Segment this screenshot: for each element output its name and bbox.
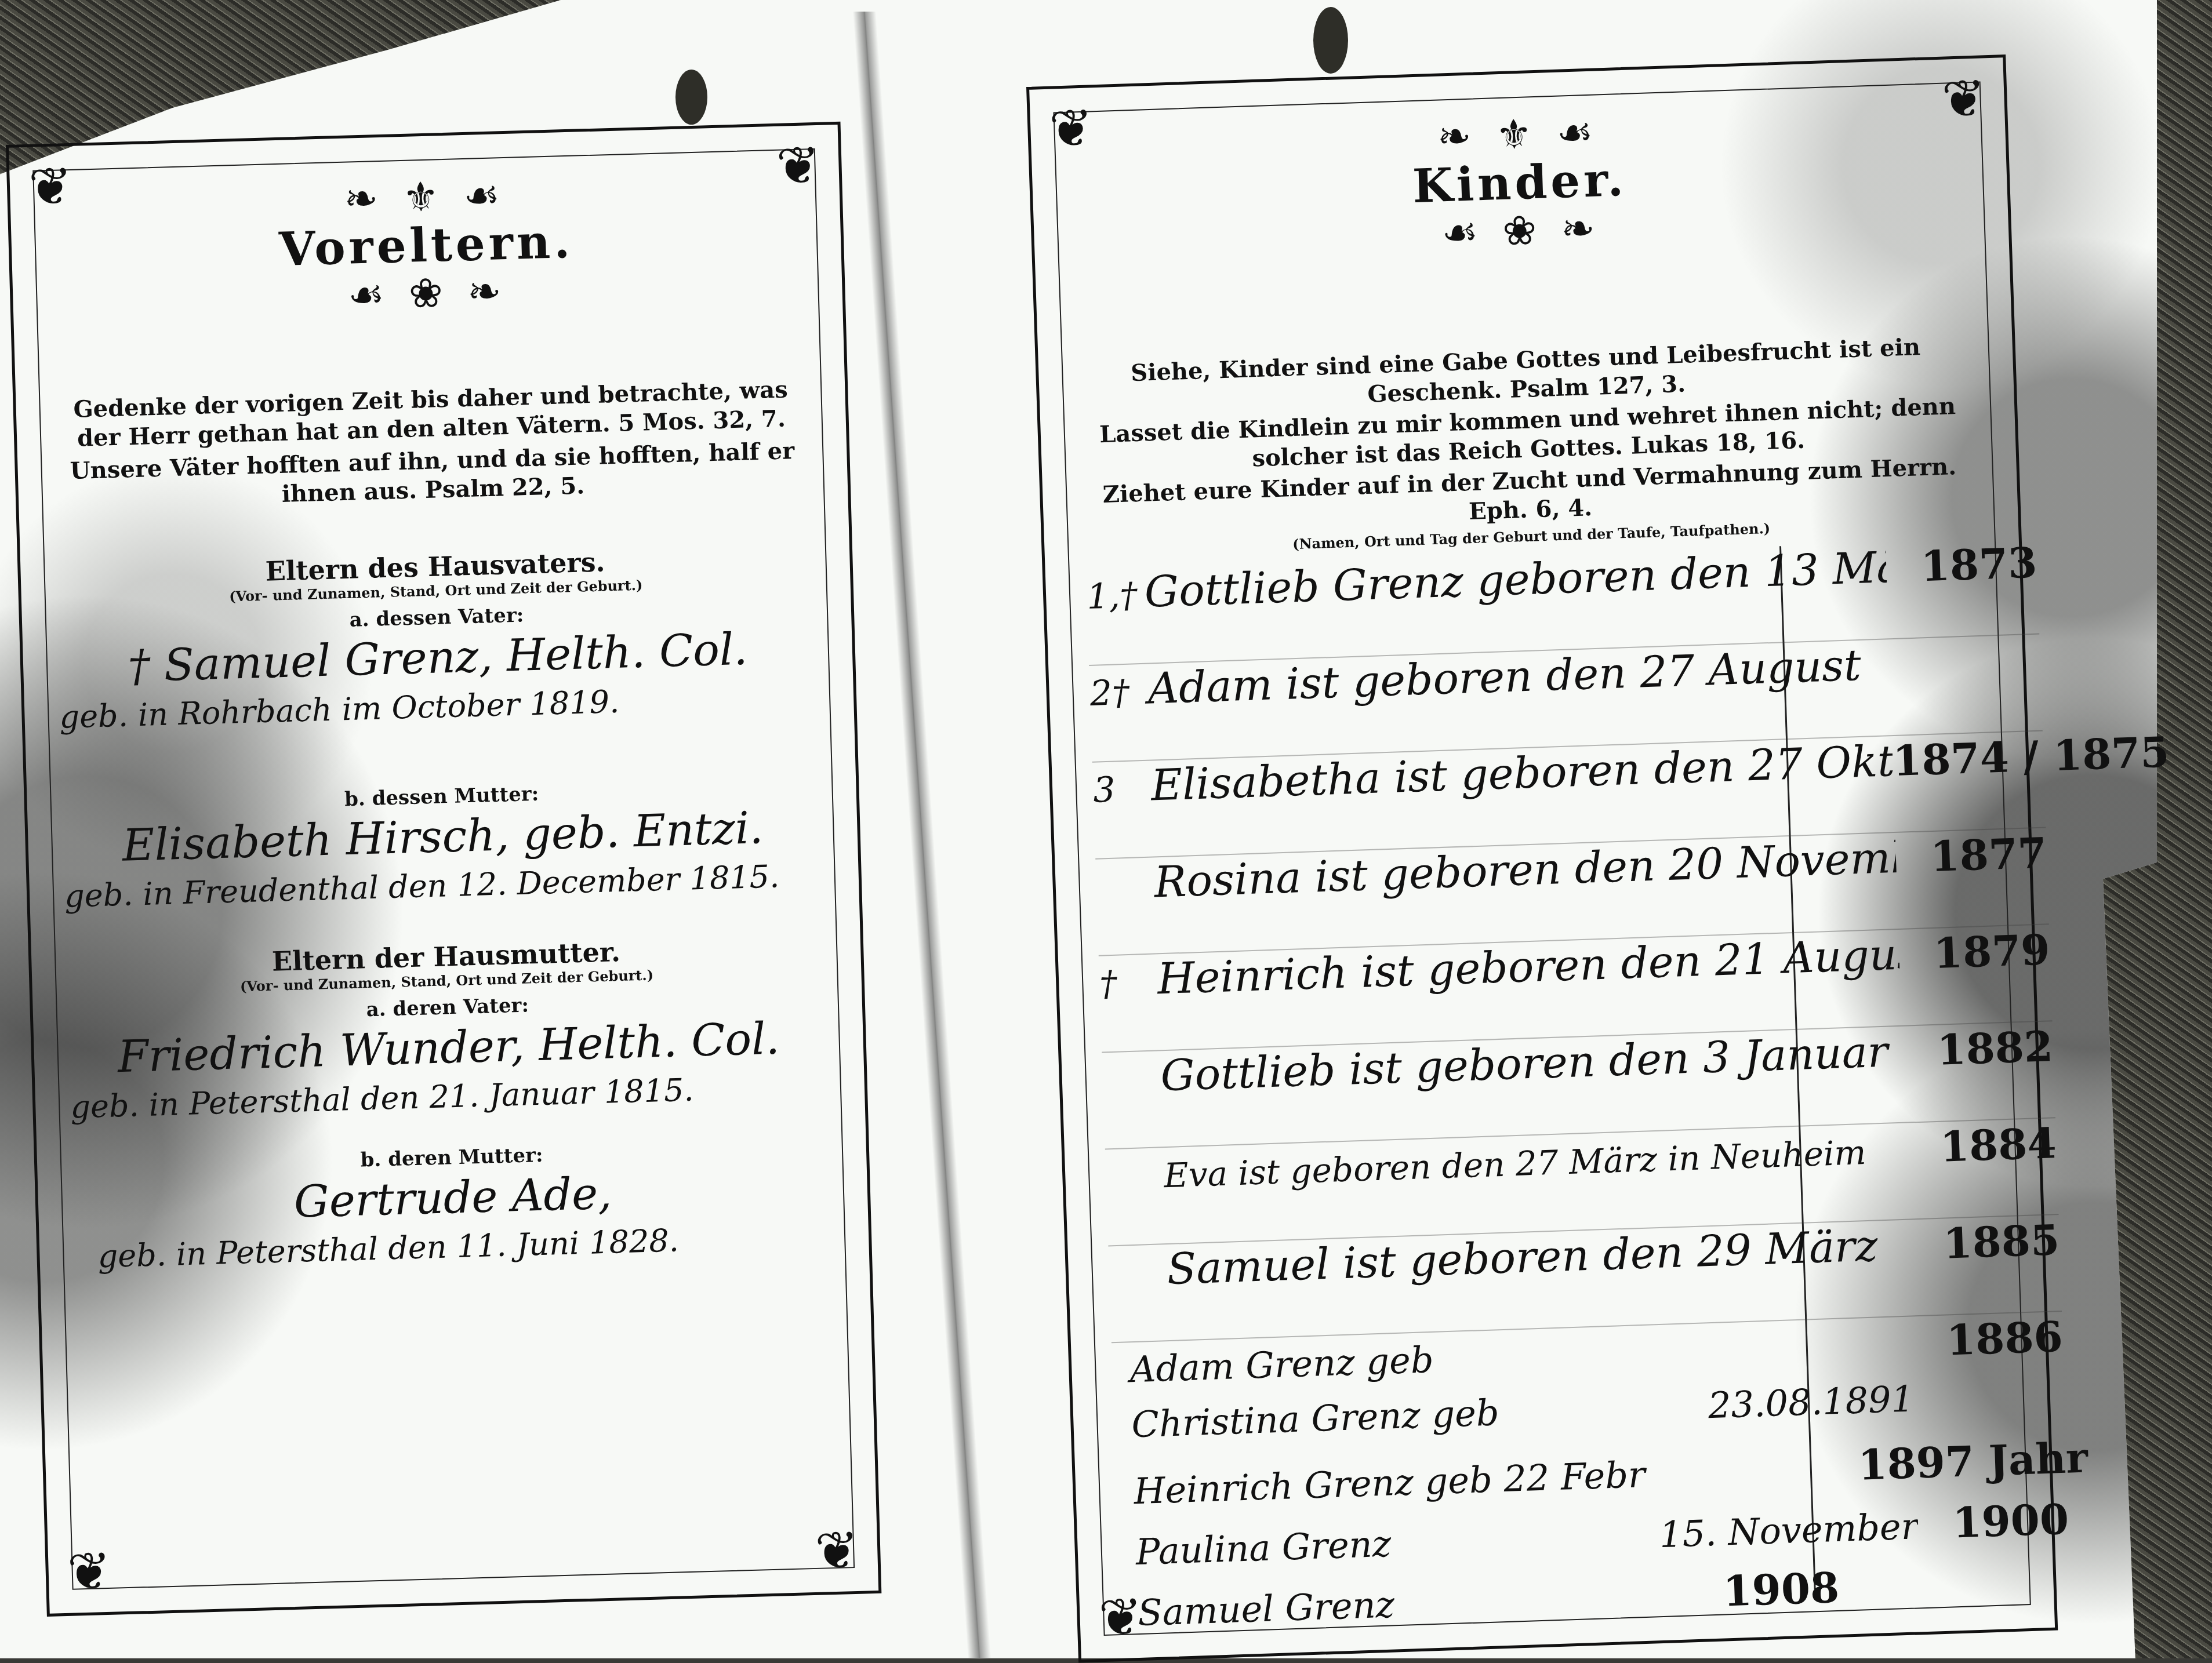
- kinder-page: ❦ ❦ ❦ ❧ ⚜ ☙ Kinder. ☙ ❀ ❧ Siehe, Kinder …: [1026, 54, 2058, 1658]
- voreltern-body: Gedenke der vorigen Zeit bis daher und b…: [50, 374, 834, 1278]
- child-date: 23.08.1891: [1652, 1378, 1915, 1429]
- child-year: 1900: [1917, 1494, 2070, 1549]
- child-number: 3: [1092, 769, 1134, 811]
- corner-flourish-icon: ❦: [1035, 93, 1107, 165]
- child-number: †: [1099, 962, 1140, 1004]
- child-year: 1884: [1905, 1118, 2057, 1173]
- child-year: 1885: [1908, 1215, 2061, 1269]
- corner-flourish-icon: ❦: [53, 1536, 125, 1607]
- child-date: [1710, 1356, 1913, 1363]
- child-year: 1879: [1898, 925, 2051, 979]
- page-title: Kinder.: [1389, 150, 1651, 214]
- child-year: 1897 Jahr: [1857, 1433, 2068, 1490]
- child-year: [1915, 1406, 2065, 1411]
- child-number: [1097, 897, 1138, 898]
- child-number: [1106, 1188, 1147, 1189]
- corner-flourish-icon: ❦: [801, 1515, 873, 1586]
- child-entry: Samuel Grenz: [1120, 1575, 1637, 1635]
- corner-flourish-icon: ❦: [14, 151, 86, 223]
- child-year: [1890, 674, 2041, 679]
- punch-hole-right: [1313, 7, 1348, 74]
- flourish-bottom-icon: ☙ ❀ ❧: [1390, 206, 1652, 255]
- punch-hole-left: [675, 70, 707, 125]
- child-year: 1873: [1886, 538, 2038, 592]
- kinder-cartouche: ❧ ⚜ ☙ Kinder. ☙ ❀ ❧: [1387, 110, 1652, 255]
- child-date: [1637, 1606, 1724, 1609]
- corner-flourish-icon: ❦: [762, 130, 834, 202]
- children-list: 1,† Gottlieb Grenz geboren den 13 März 1…: [1086, 538, 2072, 1647]
- page-title: Voreltern.: [255, 213, 597, 278]
- child-year: 1886: [1911, 1312, 2064, 1366]
- child-year: 1877: [1895, 828, 2047, 882]
- child-number: 2†: [1089, 672, 1131, 714]
- child-number: 1,†: [1086, 576, 1128, 617]
- child-number: [1110, 1284, 1150, 1286]
- child-date: [1772, 1480, 1859, 1483]
- child-year: 1882: [1902, 1021, 2054, 1076]
- voreltern-page: ❦ ❦ ❦ ❦ ❧ ⚜ ☙ Voreltern. ☙ ❀ ❧ Gedenke d…: [6, 122, 881, 1617]
- child-number: [1103, 1091, 1144, 1092]
- later-entries: Adam Grenz geb 1886 Christina Grenz geb …: [1112, 1312, 2072, 1647]
- child-entry: Paulina Grenz: [1118, 1515, 1635, 1574]
- kinder-verses: Siehe, Kinder sind eine Gabe Gottes und …: [1079, 331, 1978, 559]
- child-date: 15. November: [1633, 1505, 1919, 1556]
- corner-flourish-icon: ❦: [1928, 63, 2000, 135]
- child-year: 1874 / 1875: [1892, 731, 2044, 785]
- voreltern-cartouche: ❧ ⚜ ☙ Voreltern. ☙ ❀ ❧: [254, 172, 598, 318]
